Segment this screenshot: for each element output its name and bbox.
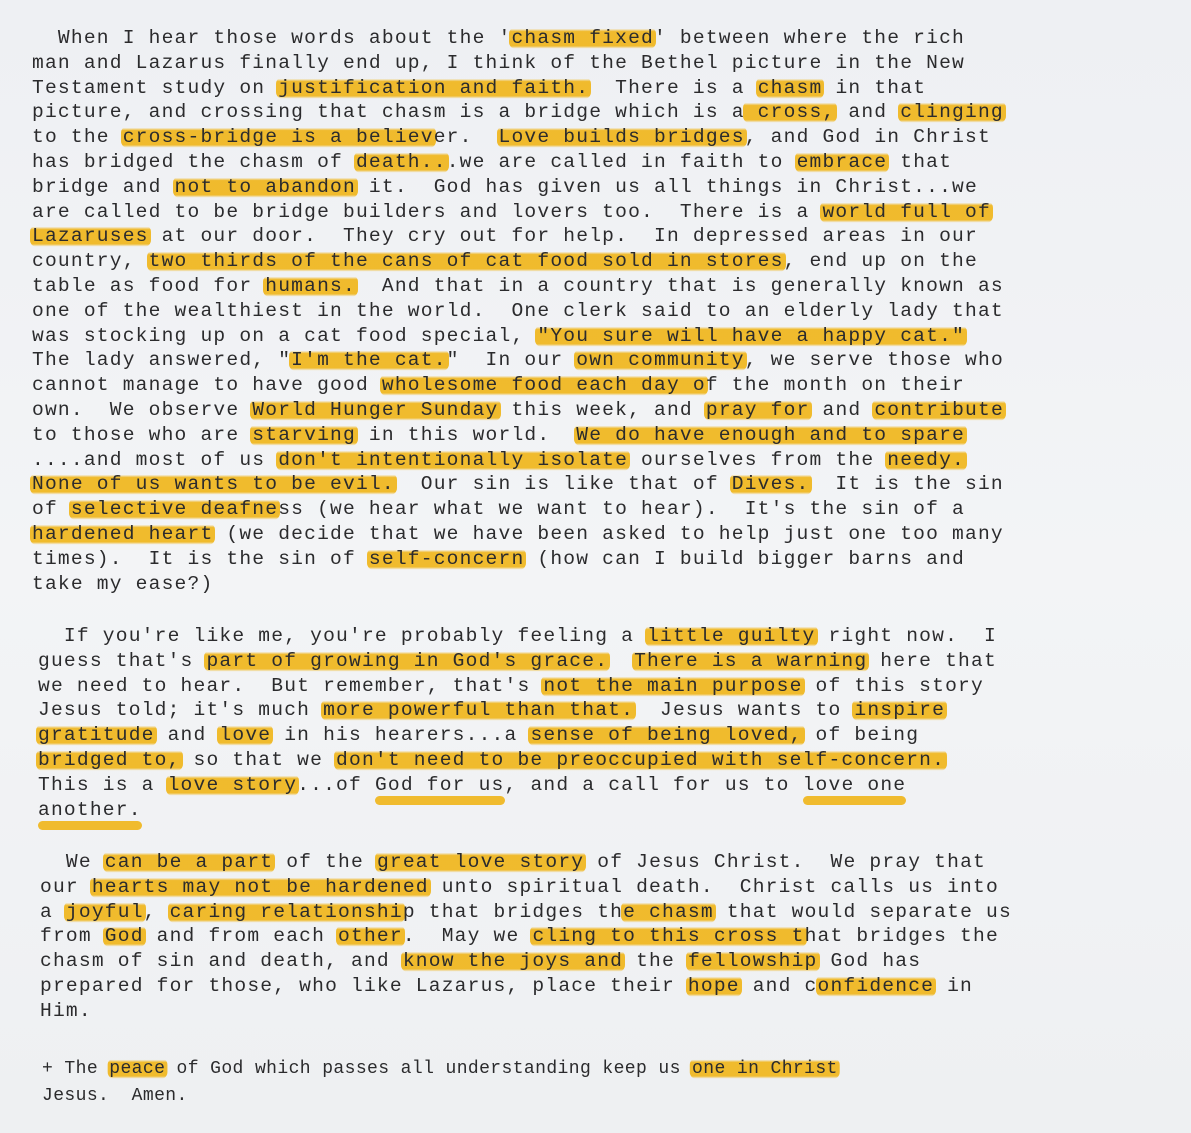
- text-line: we need to hear. But remember, that's no…: [38, 674, 1178, 699]
- text-segment: and c: [740, 975, 818, 997]
- highlighted-phrase: don't intentionally isolate: [276, 449, 630, 471]
- highlighted-phrase: humans.: [263, 275, 358, 297]
- underlined-phrase: another.: [38, 799, 142, 821]
- highlighted-phrase: There is a warning: [632, 650, 869, 672]
- highlighted-phrase: hearts may not be hardened: [90, 876, 431, 898]
- highlighted-phrase: joyful: [64, 901, 146, 923]
- text-segment: hat bridges the: [805, 925, 999, 947]
- text-segment: to the: [32, 126, 123, 148]
- text-line: are called to be bridge builders and lov…: [32, 200, 1172, 225]
- text-segment: here that: [867, 650, 997, 672]
- text-line: picture, and crossing that chasm is a br…: [32, 100, 1172, 125]
- paragraph-benediction: + The peace of God which passes all unde…: [42, 1055, 1159, 1109]
- text-segment: of being: [803, 724, 920, 746]
- text-segment: cannot manage to have good: [32, 374, 382, 396]
- highlighted-phrase: other: [336, 925, 405, 947]
- text-segment: times). It is the sin of: [32, 548, 369, 570]
- text-segment: in that: [822, 77, 926, 99]
- highlighted-phrase: part of growing in God's grace.: [204, 650, 610, 672]
- scanned-document-page: When I hear those words about the 'chasm…: [0, 0, 1191, 1133]
- highlighted-phrase: I'm the cat.: [289, 349, 449, 371]
- text-line: bridged to, so that we don't need to be …: [38, 748, 1178, 773]
- text-segment: The lady answered, ": [32, 349, 291, 371]
- text-segment: , and a call for us to: [505, 774, 803, 796]
- text-segment: a: [40, 901, 66, 923]
- text-line: Him.: [40, 999, 1180, 1024]
- highlighted-phrase: We do have enough and to spare: [574, 424, 967, 446]
- text-segment: bridge and: [32, 176, 175, 198]
- text-segment: prepared for those, who like Lazarus, pl…: [40, 975, 688, 997]
- text-segment: p that bridges th: [403, 901, 623, 923]
- text-segment: guess that's: [38, 650, 206, 672]
- text-segment: that: [887, 151, 952, 173]
- highlighted-phrase: chasm fixed: [509, 27, 656, 49]
- text-segment: our: [40, 876, 92, 898]
- paragraph-great-love-story: We can be a part of the great love story…: [40, 850, 1180, 1024]
- text-line: If you're like me, you're probably feeli…: [38, 624, 1178, 649]
- highlighted-phrase: World Hunger Sunday: [250, 399, 500, 421]
- text-segment: this week, and: [499, 399, 706, 421]
- highlighted-phrase: Dives.: [730, 473, 812, 495]
- text-segment: of Jesus Christ. We pray that: [584, 851, 986, 873]
- text-line: times). It is the sin of self-concern (h…: [32, 547, 1172, 572]
- text-segment: + The: [42, 1058, 109, 1079]
- highlighted-phrase: not the main purpose: [541, 675, 804, 697]
- highlighted-phrase: don't need to be preoccupied with self-c…: [334, 749, 947, 771]
- text-segment: " In our: [447, 349, 577, 371]
- highlighted-phrase: one in Christ: [690, 1058, 840, 1079]
- text-line: hardened heart (we decide that we have b…: [32, 522, 1172, 547]
- text-segment: Him.: [40, 1000, 92, 1022]
- text-line: ....and most of us don't intentionally i…: [32, 448, 1172, 473]
- highlighted-phrase: needy.: [885, 449, 967, 471]
- highlighted-phrase: Lazaruses: [30, 225, 151, 247]
- text-segment: it. God has given us all things in Chris…: [356, 176, 978, 198]
- text-segment: And that in a country that is generally …: [356, 275, 1004, 297]
- text-segment: ourselves from the: [628, 449, 887, 471]
- paragraph-chasm-fixed: When I hear those words about the 'chasm…: [32, 26, 1172, 596]
- text-segment: ...of: [297, 774, 375, 796]
- highlighted-phrase: more powerful than that.: [321, 699, 636, 721]
- text-segment: and: [835, 101, 900, 123]
- text-line: man and Lazarus finally end up, I think …: [32, 51, 1172, 76]
- highlighted-phrase: world full of: [820, 201, 992, 223]
- highlighted-phrase: fellowship: [686, 950, 820, 972]
- text-segment: (how can I build bigger barns and: [524, 548, 965, 570]
- text-line: of selective deafness (we hear what we w…: [32, 497, 1172, 522]
- paragraph-little-guilty: If you're like me, you're probably feeli…: [38, 624, 1178, 822]
- text-segment: and from each: [144, 925, 338, 947]
- text-segment: in this world.: [356, 424, 576, 446]
- text-line: country, two thirds of the cans of cat f…: [32, 249, 1172, 274]
- text-segment: are called to be bridge builders and lov…: [32, 201, 822, 223]
- text-segment: Testament study on: [32, 77, 278, 99]
- text-segment: to those who are: [32, 424, 252, 446]
- text-line: table as food for humans. And that in a …: [32, 274, 1172, 299]
- text-segment: If you're like me, you're probably feeli…: [38, 625, 647, 647]
- text-segment: from: [40, 925, 105, 947]
- text-segment: [608, 650, 634, 672]
- text-segment: Jesus told; it's much: [38, 699, 323, 721]
- text-segment: God has: [818, 950, 922, 972]
- highlighted-phrase: None of us wants to be evil.: [30, 473, 397, 495]
- highlighted-phrase: love story: [166, 774, 300, 796]
- highlighted-phrase: caring relationshi: [168, 901, 405, 923]
- text-segment: of the: [273, 851, 377, 873]
- text-segment: ,: [144, 901, 170, 923]
- text-line: guess that's part of growing in God's gr…: [38, 649, 1178, 674]
- highlighted-phrase: starving: [250, 424, 358, 446]
- highlighted-phrase: great love story: [375, 851, 586, 873]
- text-line: bridge and not to abandon it. God has gi…: [32, 175, 1172, 200]
- highlighted-phrase: self-concern: [367, 548, 527, 570]
- text-line: from God and from each other. May we cli…: [40, 924, 1180, 949]
- text-segment: of this story: [803, 675, 984, 697]
- text-segment: so that we: [181, 749, 337, 771]
- text-segment: er.: [434, 126, 499, 148]
- text-line: Jesus told; it's much more powerful than…: [38, 698, 1178, 723]
- text-segment: that would separate us: [714, 901, 1012, 923]
- text-segment: When I hear those words about the ': [32, 27, 511, 49]
- text-segment: was stocking up on a cat food special,: [32, 325, 537, 347]
- text-segment: own. We observe: [32, 399, 252, 421]
- text-segment: Jesus. Amen.: [42, 1085, 188, 1106]
- text-segment: in his hearers...a: [271, 724, 530, 746]
- highlighted-phrase: not to abandon: [173, 176, 358, 198]
- highlighted-phrase: cling to this cross t: [530, 925, 806, 947]
- underlined-phrase: God for us: [375, 774, 505, 796]
- text-segment: of: [32, 498, 71, 520]
- text-line: our hearts may not be hardened unto spir…: [40, 875, 1180, 900]
- text-segment: Our sin is like that of: [395, 473, 732, 495]
- text-segment: take my ease?): [32, 573, 213, 595]
- text-segment: We: [40, 851, 105, 873]
- text-segment: man and Lazarus finally end up, I think …: [32, 52, 965, 74]
- text-segment: This is a: [38, 774, 168, 796]
- text-line: gratitude and love in his hearers...a se…: [38, 723, 1178, 748]
- text-line: Jesus. Amen.: [42, 1082, 1159, 1109]
- highlighted-phrase: contribute: [872, 399, 1006, 421]
- text-segment: Jesus wants to: [634, 699, 854, 721]
- text-line: was stocking up on a cat food special, "…: [32, 324, 1172, 349]
- highlighted-phrase: e chasm: [621, 901, 716, 923]
- text-segment: in: [934, 975, 973, 997]
- text-segment: of God which passes all understanding ke…: [165, 1058, 692, 1079]
- text-line: The lady answered, "I'm the cat." In our…: [32, 348, 1172, 373]
- text-line: own. We observe World Hunger Sunday this…: [32, 398, 1172, 423]
- highlighted-phrase: wholesome food each day o: [380, 374, 708, 396]
- highlighted-phrase: cross,: [743, 101, 838, 123]
- highlighted-phrase: hardened heart: [30, 523, 215, 545]
- highlighted-phrase: onfidence: [816, 975, 937, 997]
- highlighted-phrase: know the joys and: [401, 950, 625, 972]
- text-segment: chasm of sin and death, and: [40, 950, 403, 972]
- text-line: a joyful, caring relationship that bridg…: [40, 900, 1180, 925]
- text-segment: one of the wealthiest in the world. One …: [32, 300, 1004, 322]
- highlighted-phrase: chasm: [756, 77, 825, 99]
- text-segment: ' between where the rich: [654, 27, 965, 49]
- text-line: Testament study on justification and fai…: [32, 76, 1172, 101]
- highlighted-phrase: Love builds bridges: [497, 126, 747, 148]
- highlighted-phrase: clinging: [898, 101, 1006, 123]
- highlighted-phrase: can be a part: [103, 851, 275, 873]
- text-line: None of us wants to be evil. Our sin is …: [32, 472, 1172, 497]
- highlighted-phrase: inspire: [852, 699, 947, 721]
- text-segment: It is the sin: [810, 473, 1004, 495]
- text-segment: and: [155, 724, 220, 746]
- highlighted-phrase: two thirds of the cans of cat food sold …: [147, 250, 786, 272]
- highlighted-phrase: cross-bridge is a believ: [121, 126, 436, 148]
- text-segment: has bridged the chasm of: [32, 151, 356, 173]
- text-segment: at our door. They cry out for help. In d…: [149, 225, 978, 247]
- text-segment: right now. I: [816, 625, 997, 647]
- text-line: prepared for those, who like Lazarus, pl…: [40, 974, 1180, 999]
- highlighted-phrase: own community: [574, 349, 746, 371]
- highlighted-phrase: embrace: [795, 151, 890, 173]
- text-segment: table as food for: [32, 275, 265, 297]
- highlighted-phrase: bridged to,: [36, 749, 183, 771]
- text-segment: unto spiritual death. Christ calls us in…: [429, 876, 999, 898]
- highlighted-phrase: pray for: [704, 399, 812, 421]
- text-segment: and: [810, 399, 875, 421]
- text-line: chasm of sin and death, and know the joy…: [40, 949, 1180, 974]
- text-line: We can be a part of the great love story…: [40, 850, 1180, 875]
- text-segment: There is a: [589, 77, 757, 99]
- highlighted-phrase: gratitude: [36, 724, 157, 746]
- text-segment: , we serve those who: [745, 349, 1004, 371]
- text-segment: (we decide that we have been asked to he…: [213, 523, 1003, 545]
- text-segment: f the month on their: [706, 374, 965, 396]
- highlighted-phrase: selective deafne: [69, 498, 280, 520]
- highlighted-phrase: God: [103, 925, 146, 947]
- text-segment: we need to hear. But remember, that's: [38, 675, 543, 697]
- highlighted-phrase: love: [217, 724, 273, 746]
- text-line: one of the wealthiest in the world. One …: [32, 299, 1172, 324]
- text-line: take my ease?): [32, 572, 1172, 597]
- highlighted-phrase: little guilty: [645, 625, 817, 647]
- text-segment: . May we: [403, 925, 533, 947]
- text-line: + The peace of God which passes all unde…: [42, 1055, 1159, 1082]
- underlined-phrase: love one: [803, 774, 907, 796]
- text-segment: picture, and crossing that chasm is a br…: [32, 101, 745, 123]
- text-segment: the: [623, 950, 688, 972]
- highlighted-phrase: hope: [686, 975, 742, 997]
- text-line: another.: [38, 798, 1178, 823]
- text-line: has bridged the chasm of death...we are …: [32, 150, 1172, 175]
- text-segment: ss (we hear what we want to hear). It's …: [278, 498, 965, 520]
- text-segment: , end up on the: [784, 250, 978, 272]
- text-line: to those who are starving in this world.…: [32, 423, 1172, 448]
- text-segment: country,: [32, 250, 149, 272]
- highlighted-phrase: death..: [354, 151, 449, 173]
- highlighted-phrase: sense of being loved,: [528, 724, 804, 746]
- text-line: Lazaruses at our door. They cry out for …: [32, 224, 1172, 249]
- text-segment: ....and most of us: [32, 449, 278, 471]
- text-segment: , and God in Christ: [745, 126, 991, 148]
- text-line: This is a love story...of God for us, an…: [38, 773, 1178, 798]
- highlighted-phrase: "You sure will have a happy cat.": [535, 325, 967, 347]
- highlighted-phrase: peace: [107, 1058, 167, 1079]
- text-line: When I hear those words about the 'chasm…: [32, 26, 1172, 51]
- text-segment: .we are called in faith to: [447, 151, 797, 173]
- text-line: cannot manage to have good wholesome foo…: [32, 373, 1172, 398]
- text-line: to the cross-bridge is a believer. Love …: [32, 125, 1172, 150]
- highlighted-phrase: justification and faith.: [276, 77, 591, 99]
